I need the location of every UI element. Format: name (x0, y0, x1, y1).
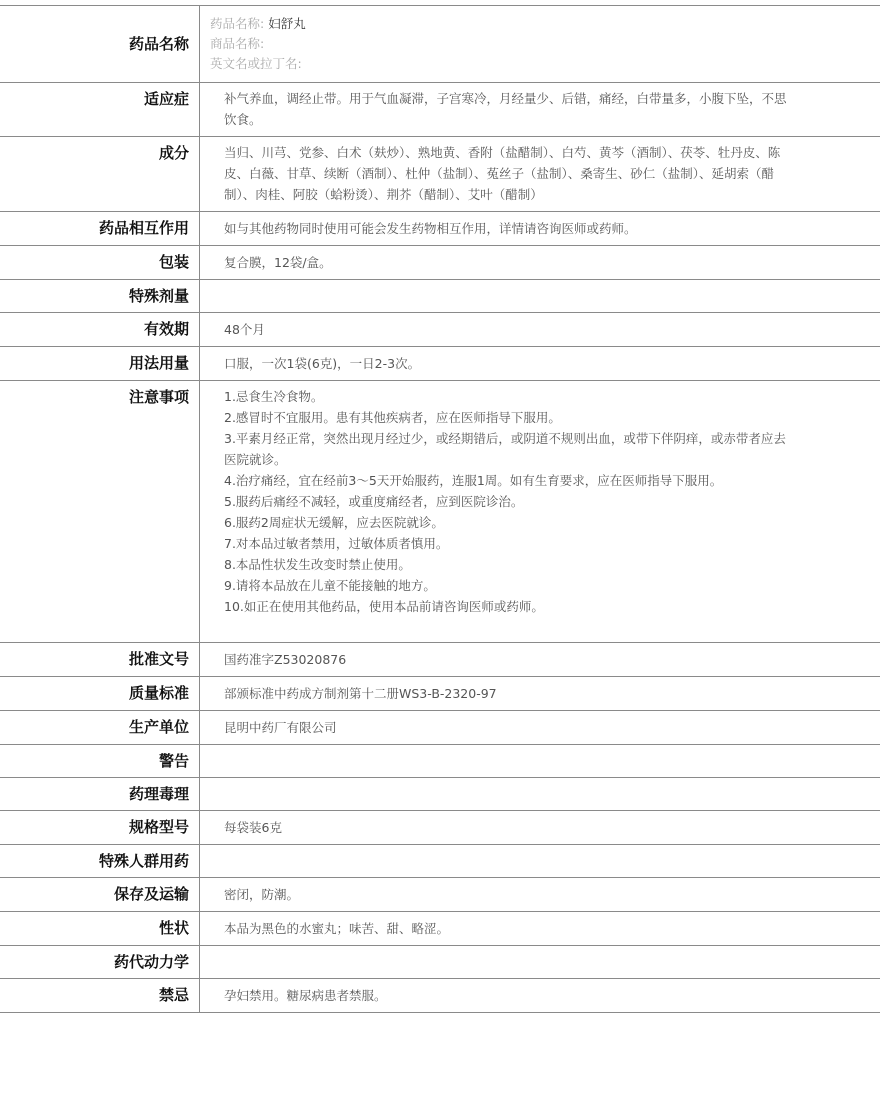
row-usage-dosage: 用法用量 口服，一次1袋(6克)，一日2-3次。 (0, 347, 880, 381)
row-value (200, 745, 880, 778)
english-name-key: 英文名或拉丁名: (210, 56, 302, 71)
drug-spec-table: 药品名称 药品名称: 妇舒丸 商品名称: 英文名或拉丁名: (0, 5, 880, 1013)
row-warnings: 警告 (0, 745, 880, 778)
row-ingredients: 成分 当归、川芎、党参、白术（麸炒）、熟地黄、香附（盐醋制）、白芍、黄芩（酒制）… (0, 137, 880, 212)
english-name-line: 英文名或拉丁名: (210, 54, 880, 74)
row-value (200, 778, 880, 811)
row-label: 药品名称 (0, 6, 200, 83)
row-label: 质量标准 (0, 677, 200, 711)
row-drug-name: 药品名称 药品名称: 妇舒丸 商品名称: 英文名或拉丁名: (0, 6, 880, 83)
row-label: 特殊人群用药 (0, 845, 200, 878)
precautions-list: 1.忌食生冷食物。 2.感冒时不宜服用。患有其他疾病者，应在医师指导下服用。 3… (200, 381, 880, 643)
row-value: 补气养血，调经止带。用于气血凝滞，子宫寒冷，月经量少、后错，痛经，白带量多，小腹… (200, 83, 880, 137)
row-value: 昆明中药厂有限公司 (200, 711, 880, 745)
row-value (200, 280, 880, 313)
row-special-populations: 特殊人群用药 (0, 845, 880, 878)
precaution-item: 4.治疗痛经，宜在经前3～5天开始服药，连服1周。如有生育要求，应在医师指导下服… (224, 470, 790, 491)
row-label: 特殊剂量 (0, 280, 200, 313)
row-label: 成分 (0, 137, 200, 212)
precaution-item: 3.平素月经正常，突然出现月经过少，或经期错后，或阴道不规则出血，或带下伴阴痒，… (224, 428, 790, 470)
row-value: 本品为黑色的水蜜丸；味苦、甜、略涩。 (200, 912, 880, 946)
generic-name-value: 妇舒丸 (268, 16, 306, 31)
precaution-item: 9.请将本品放在儿童不能接触的地方。 (224, 575, 790, 596)
row-value: 48个月 (200, 313, 880, 347)
row-storage-transport: 保存及运输 密闭，防潮。 (0, 878, 880, 912)
row-value (200, 946, 880, 979)
row-approval-number: 批准文号 国药准字Z53020876 (0, 643, 880, 677)
row-label: 包装 (0, 246, 200, 280)
row-label: 有效期 (0, 313, 200, 347)
precaution-item: 1.忌食生冷食物。 (224, 386, 790, 407)
row-label: 药理毒理 (0, 778, 200, 811)
row-label: 性状 (0, 912, 200, 946)
row-precautions: 注意事项 1.忌食生冷食物。 2.感冒时不宜服用。患有其他疾病者，应在医师指导下… (0, 381, 880, 643)
row-label: 禁忌 (0, 979, 200, 1013)
row-value: 如与其他药物同时使用可能会发生药物相互作用，详情请咨询医师或药师。 (200, 212, 880, 246)
name-values: 药品名称: 妇舒丸 商品名称: 英文名或拉丁名: (200, 6, 880, 83)
row-label: 警告 (0, 745, 200, 778)
precaution-item: 7.对本品过敏者禁用，过敏体质者慎用。 (224, 533, 790, 554)
row-manufacturer: 生产单位 昆明中药厂有限公司 (0, 711, 880, 745)
row-value: 复合膜，12袋/盒。 (200, 246, 880, 280)
row-label: 注意事项 (0, 381, 200, 643)
row-label: 用法用量 (0, 347, 200, 381)
row-description: 性状 本品为黑色的水蜜丸；味苦、甜、略涩。 (0, 912, 880, 946)
row-pharmacology-toxicology: 药理毒理 (0, 778, 880, 811)
row-indications: 适应症 补气养血，调经止带。用于气血凝滞，子宫寒冷，月经量少、后错，痛经，白带量… (0, 83, 880, 137)
row-label: 药品相互作用 (0, 212, 200, 246)
row-shelf-life: 有效期 48个月 (0, 313, 880, 347)
row-label: 生产单位 (0, 711, 200, 745)
row-value: 每袋装6克 (200, 811, 880, 845)
generic-name-line: 药品名称: 妇舒丸 (210, 14, 880, 34)
row-specification: 规格型号 每袋装6克 (0, 811, 880, 845)
row-label: 规格型号 (0, 811, 200, 845)
row-packaging: 包装 复合膜，12袋/盒。 (0, 246, 880, 280)
precaution-item: 2.感冒时不宜服用。患有其他疾病者，应在医师指导下服用。 (224, 407, 790, 428)
row-interactions: 药品相互作用 如与其他药物同时使用可能会发生药物相互作用，详情请咨询医师或药师。 (0, 212, 880, 246)
row-label: 保存及运输 (0, 878, 200, 912)
trade-name-line: 商品名称: (210, 34, 880, 54)
row-quality-standard: 质量标准 部颁标准中药成方制剂第十二册WS3-B-2320-97 (0, 677, 880, 711)
row-value: 孕妇禁用。糖尿病患者禁服。 (200, 979, 880, 1013)
row-label: 药代动力学 (0, 946, 200, 979)
row-value: 部颁标准中药成方制剂第十二册WS3-B-2320-97 (200, 677, 880, 711)
row-value: 当归、川芎、党参、白术（麸炒）、熟地黄、香附（盐醋制）、白芍、黄芩（酒制）、茯苓… (200, 137, 880, 212)
row-label: 批准文号 (0, 643, 200, 677)
row-value: 口服，一次1袋(6克)，一日2-3次。 (200, 347, 880, 381)
row-contraindications: 禁忌 孕妇禁用。糖尿病患者禁服。 (0, 979, 880, 1013)
precaution-item: 8.本品性状发生改变时禁止使用。 (224, 554, 790, 575)
precaution-item: 5.服药后痛经不减轻，或重度痛经者，应到医院诊治。 (224, 491, 790, 512)
drug-spec-sheet: 药品名称 药品名称: 妇舒丸 商品名称: 英文名或拉丁名: (0, 5, 880, 1013)
row-value (200, 845, 880, 878)
generic-name-key: 药品名称: (210, 16, 264, 31)
precaution-item: 6.服药2周症状无缓解，应去医院就诊。 (224, 512, 790, 533)
row-special-dosage: 特殊剂量 (0, 280, 880, 313)
row-label: 适应症 (0, 83, 200, 137)
row-pharmacokinetics: 药代动力学 (0, 946, 880, 979)
row-value: 国药准字Z53020876 (200, 643, 880, 677)
trade-name-key: 商品名称: (210, 36, 264, 51)
row-value: 密闭，防潮。 (200, 878, 880, 912)
precaution-item: 10.如正在使用其他药品，使用本品前请咨询医师或药师。 (224, 596, 790, 617)
